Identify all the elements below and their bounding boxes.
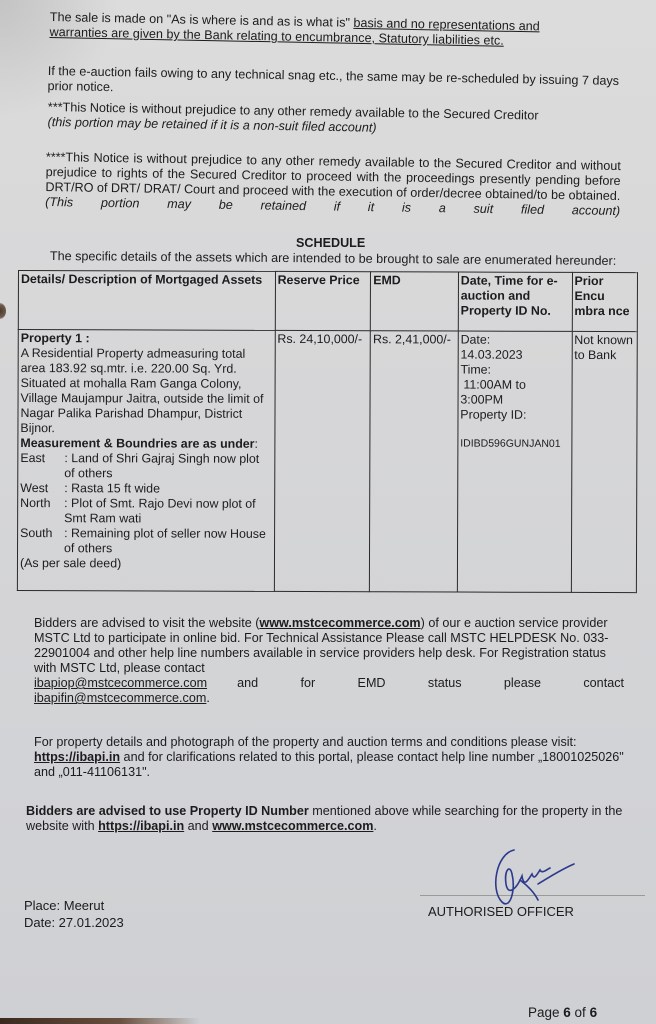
property-label: Property 1 :: [21, 331, 273, 347]
cell-encumbrance: Not known to Bank: [571, 331, 637, 592]
property-id: IDIBD596GUNJAN01: [460, 437, 569, 452]
non-suit-clause: ***This Notice is without prejudice to a…: [47, 100, 587, 139]
header-description: Details/ Description of Mortgaged Assets: [18, 271, 275, 331]
boundary-east: East: Land of Shri Gajraj Singh now plot…: [20, 451, 272, 482]
ibapifin-email-link[interactable]: ibapifin@mstcecommerce.com: [34, 691, 206, 705]
desk-edge: [0, 1018, 200, 1024]
reschedule-clause: If the e-auction fails owing to any tech…: [47, 64, 627, 104]
mstc-website-link-2[interactable]: www.mstcecommerce.com: [212, 819, 373, 833]
suit-clause: ****This Notice is without prejudice to …: [45, 150, 621, 219]
mstc-website-link[interactable]: www.mstcecommerce.com: [259, 616, 420, 630]
place: Place: Meerut: [24, 897, 124, 914]
schedule-intro: The specific details of the assets which…: [50, 249, 620, 269]
auction-time-from: 11:00AM to: [460, 378, 569, 393]
cell-reserve-price: Rs. 24,10,000/-: [274, 330, 371, 591]
authorised-officer: AUTHORISED OFFICER: [428, 904, 574, 919]
document-page: The sale is made on "As is where is and …: [0, 0, 656, 1024]
ibapi-link-2[interactable]: https://ibapi.in: [98, 819, 184, 833]
page-number: Page 6 of 6: [528, 1005, 597, 1020]
boundary-west: West: Rasta 15 ft wide: [20, 481, 272, 497]
header-emd: EMD: [371, 272, 459, 331]
header-reserve-price: Reserve Price: [275, 271, 371, 330]
notice-date: Date: 27.01.2023: [24, 914, 124, 931]
boundaries-heading: Measurement & Boundries are as under:: [20, 436, 272, 452]
auction-time-to: 3:00PM: [460, 393, 569, 408]
as-is-clause: The sale is made on "As is where is and …: [49, 10, 569, 50]
bidders-info: Bidders are advised to visit the website…: [34, 616, 624, 706]
header-encumbrance: Prior Encu mbra nce: [572, 272, 638, 331]
property-id-advice: Bidders are advised to use Property ID N…: [26, 804, 628, 834]
property-details-info: For property details and photograph of t…: [34, 735, 626, 780]
boundary-south: South: Remaining plot of seller now Hous…: [20, 526, 272, 557]
sale-deed-note: (As per sale deed): [20, 556, 272, 572]
ibapiop-email-link[interactable]: ibapiop@mstcecommerce.com: [34, 676, 207, 691]
schedule-title: SCHEDULE: [296, 236, 365, 251]
ibapi-link[interactable]: https://ibapi.in: [34, 750, 120, 764]
cell-emd: Rs. 2,41,000/-: [370, 331, 458, 592]
header-date-time: Date, Time for e-auction and Property ID…: [458, 272, 572, 331]
cell-date-time: Date: 14.03.2023 Time: 11:00AM to 3:00PM…: [457, 331, 572, 592]
auction-date: 14.03.2023: [461, 348, 570, 363]
place-date: Place: Meerut Date: 27.01.2023: [24, 897, 124, 931]
table-row: Property 1 : A Residential Property adme…: [17, 330, 637, 593]
punch-hole: [0, 303, 6, 319]
boundary-north: North: Plot of Smt. Rajo Devi now plot o…: [20, 496, 272, 527]
property-description: A Residential Property admeasuring total…: [20, 346, 272, 437]
table-header-row: Details/ Description of Mortgaged Assets…: [18, 271, 637, 332]
schedule-table: Details/ Description of Mortgaged Assets…: [17, 270, 638, 593]
cell-description: Property 1 : A Residential Property adme…: [17, 330, 275, 592]
